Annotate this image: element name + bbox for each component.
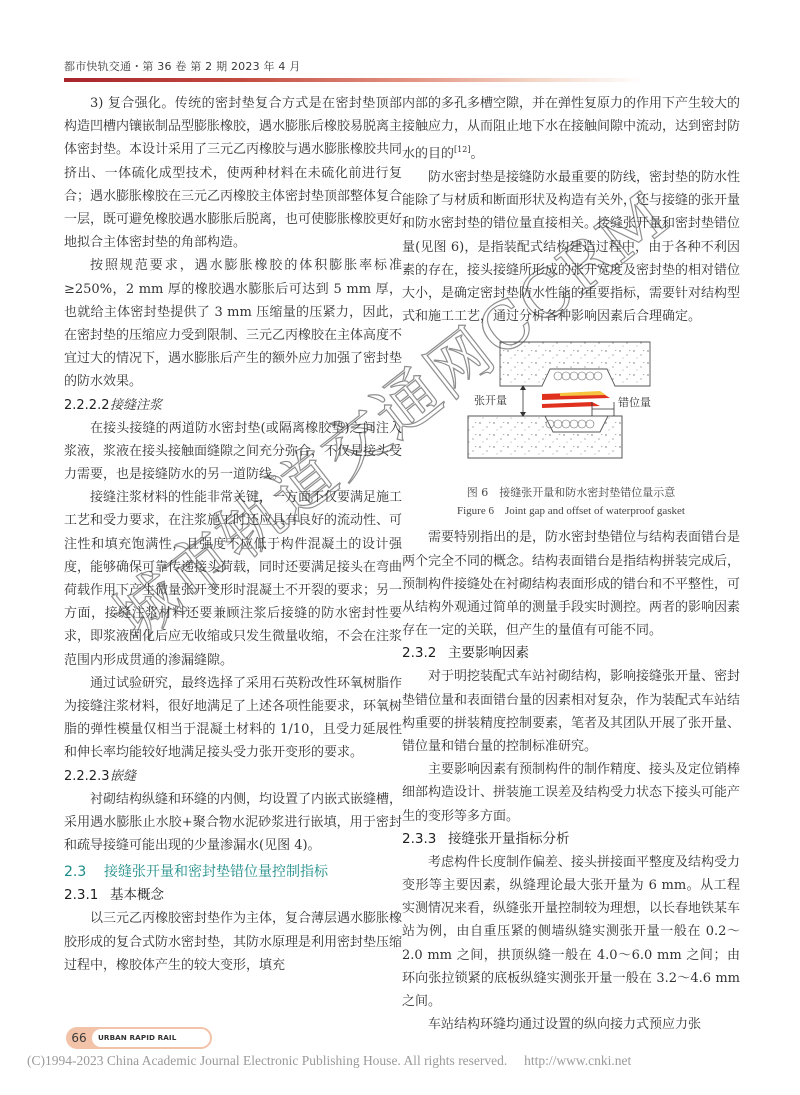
paragraph: 在接头接缝的两道防水密封垫(或隔离橡胶垫)之间注入浆液，浆液在接头接触面缝隙之间…	[64, 417, 402, 487]
paragraph: 按照规范要求，遇水膨胀橡胶的体积膨胀率标准≥250%，2 mm 厚的橡胶遇水膨胀…	[64, 254, 402, 393]
heading-title: 接缝张开量指标分析	[448, 831, 570, 847]
subsection-heading-2-3-3: 2.3.3接缝张开量指标分析	[402, 828, 740, 851]
joint-gap-diagram: 张开量 错位量	[450, 336, 690, 484]
right-column: 内部的多孔多槽空隙，并在弹性复原力的作用下产生较大的接触应力，从而阻止地下水在接…	[402, 92, 740, 1036]
copyright-line: (C)1994-2023 China Academic Journal Elec…	[27, 1049, 631, 1069]
paragraph: 衬砌结构纵缝和环缝的内侧，均设置了内嵌式嵌缝槽，采用遇水膨胀止水胶+聚合物水泥砂…	[64, 788, 402, 858]
citation-ref: [12]	[454, 145, 470, 154]
heading-title: 接缝注浆	[110, 398, 162, 413]
paragraph: 防水密封垫是接缝防水最重要的防线，密封垫的防水性能除了与材质和断面形状及构造有关…	[402, 166, 740, 328]
header-rule	[64, 78, 644, 82]
paragraph: 车站结构环缝均通过设置的纵向接力式预应力张	[402, 1013, 740, 1036]
heading-number: 2.2.2.3	[64, 765, 110, 788]
heading-title: 主要影响因素	[448, 645, 529, 661]
subsection-heading-2222: 2.2.2.2接缝注浆	[64, 394, 402, 417]
heading-number: 2.3.3	[402, 828, 448, 851]
figure-6: 张开量 错位量	[402, 336, 740, 484]
heading-number: 2.3	[64, 860, 104, 884]
paragraph: 通过试验研究，最终选择了采用石英粉改性环氧树脂作为接缝注浆材料，很好地满足了上述…	[64, 672, 402, 765]
journal-name: URBAN RAPID RAIL TRANSIT	[92, 1029, 210, 1047]
heading-number: 2.3.1	[64, 884, 110, 907]
label-offset: 错位量	[618, 395, 651, 409]
heading-number: 2.2.2.2	[64, 394, 110, 417]
figure-caption-cn: 图 6 接缝张开量和防水密封垫错位量示意	[402, 484, 740, 502]
figure-caption-en: Figure 6 Joint gap and offset of waterpr…	[402, 502, 740, 520]
subsection-heading-2223: 2.2.2.3嵌缝	[64, 765, 402, 788]
paragraph: 以三元乙丙橡胶密封垫作为主体，复合薄层遇水膨胀橡胶形成的复合式防水密封垫，其防水…	[64, 907, 402, 977]
paragraph: 主要影响因素有预制构件的制作精度、接头及定位销棒细部构造设计、拼装施工误差及结构…	[402, 758, 740, 828]
section-heading-2-3: 2.3接缝张开量和密封垫错位量控制指标	[64, 860, 402, 884]
heading-number: 2.3.2	[402, 642, 448, 665]
page-number: 66	[66, 1027, 92, 1049]
paragraph: 接缝注浆材料的性能非常关键，一方面不仅要满足施工工艺和受力要求，在注浆施工时还应…	[64, 486, 402, 672]
paragraph: 对于明挖装配式车站衬砌结构，影响接缝张开量、密封垫错位量和表面错台量的因素相对复…	[402, 665, 740, 758]
paragraph: 需要特别指出的是，防水密封垫错位与结构表面错台是两个完全不同的概念。结构表面错台…	[402, 526, 740, 642]
paragraph-continued: 内部的多孔多槽空隙，并在弹性复原力的作用下产生较大的接触应力，从而阻止地下水在接…	[402, 92, 740, 166]
label-gap: 张开量	[474, 394, 507, 407]
footer-badge: 66 URBAN RAPID RAIL TRANSIT	[66, 1027, 212, 1049]
paragraph: 3) 复合强化。传统的密封垫复合方式是在密封垫顶部构造凹槽内镶嵌制品型膨胀橡胶，…	[64, 92, 402, 254]
heading-title: 基本概念	[110, 887, 164, 903]
heading-title: 接缝张开量和密封垫错位量控制指标	[104, 864, 328, 880]
heading-title: 嵌缝	[110, 769, 136, 784]
paragraph: 考虑构件长度制作偏差、接头拼接面平整度及结构受力变形等主要因素，纵缝理论最大张开…	[402, 851, 740, 1013]
left-column: 3) 复合强化。传统的密封垫复合方式是在密封垫顶部构造凹槽内镶嵌制品型膨胀橡胶，…	[64, 92, 402, 977]
subsection-heading-2-3-2: 2.3.2主要影响因素	[402, 642, 740, 665]
running-header: 都市快轨交通・第 36 卷 第 2 期 2023 年 4 月	[64, 58, 300, 74]
paragraph-text: 内部的多孔多槽空隙，并在弹性复原力的作用下产生较大的接触应力，从而阻止地下水在接…	[402, 96, 740, 162]
subsection-heading-2-3-1: 2.3.1基本概念	[64, 884, 402, 907]
paragraph-end: 。	[470, 147, 483, 162]
